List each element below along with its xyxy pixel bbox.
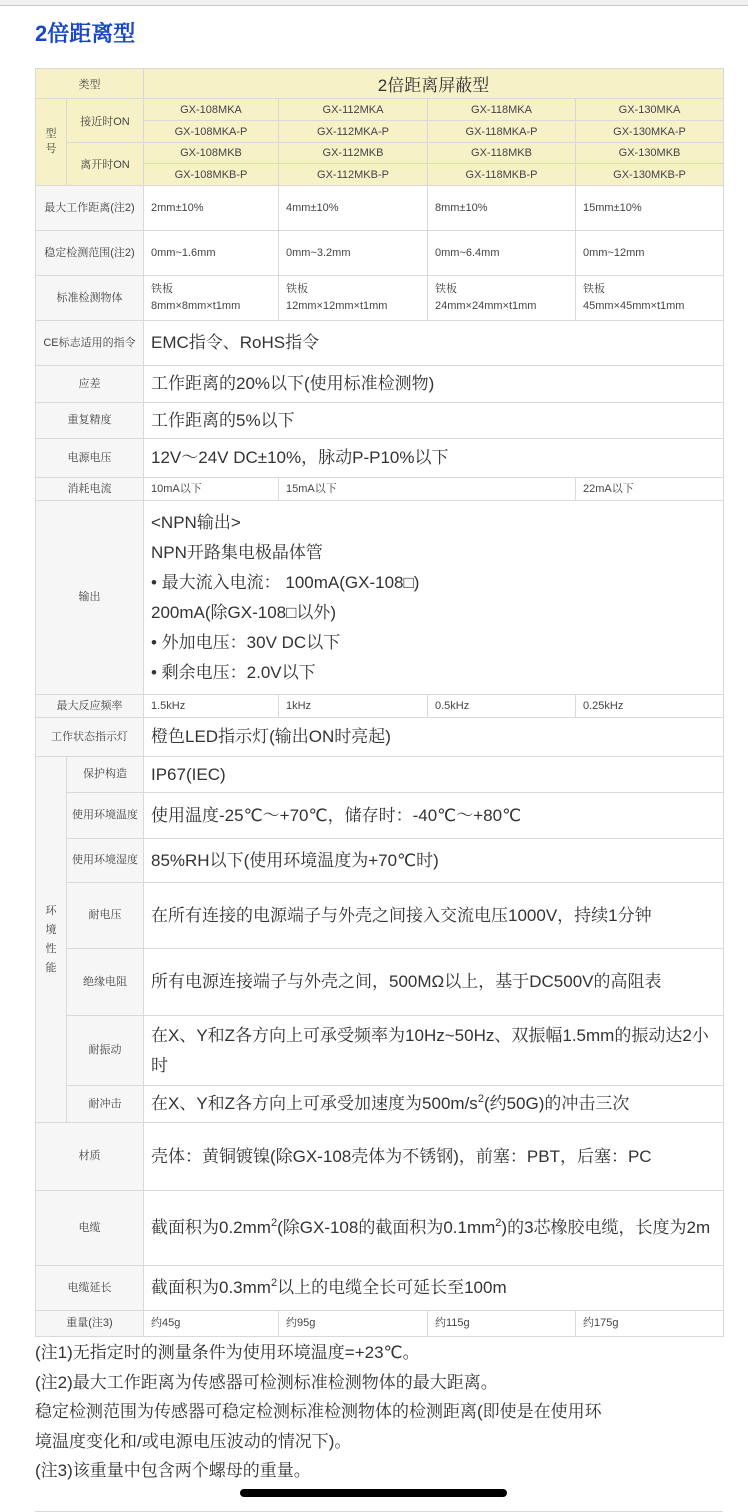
note-3: (注3)该重量中包含两个螺母的重量。 — [35, 1456, 725, 1486]
value-cell: 使用温度-25℃～+70℃，储存时：-40℃～+80℃ — [144, 793, 724, 839]
table-row-supply-voltage: 电源电压 12V～24V DC±10%，脉动P-P10%以下 — [36, 439, 724, 478]
model-cell: GX-112MKA-P — [279, 121, 428, 143]
row-label: 消耗电流 — [36, 478, 144, 501]
value-cell: 约45g — [144, 1311, 279, 1337]
value-cell: 在所有连接的电源端子与外壳之间接入交流电压1000V，持续1分钟 — [144, 883, 724, 949]
value-cell: 约95g — [279, 1311, 428, 1337]
model-cell: GX-108MKA — [144, 99, 279, 121]
table-row-cable-ext: 电缆延长 截面积为0.3mm2以上的电缆全长可延长至100m — [36, 1266, 724, 1311]
table-row-weight: 重量(注3) 约45g 约95g 约115g 约175g — [36, 1311, 724, 1337]
value-cell: 在X、Y和Z各方向上可承受频率为10Hz~50Hz、双振幅1.5mm的振动达2小… — [144, 1016, 724, 1086]
env-group-label: 环境性能 — [36, 757, 67, 1123]
value-cell: 1kHz — [279, 695, 428, 718]
value-cell: 壳体：黄铜镀镍(除GX-108壳体为不锈钢)，前塞：PBT，后塞：PC — [144, 1123, 724, 1191]
value-cell: 0mm~6.4mm — [428, 231, 576, 276]
browser-top-bar — [0, 0, 748, 6]
model-cell: GX-130MKA — [576, 99, 724, 121]
table-row-max-distance: 最大工作距离(注2) 2mm±10% 4mm±10% 8mm±10% 15mm±… — [36, 186, 724, 231]
table-row-protection: 环境性能 保护构造 IP67(IEC) — [36, 757, 724, 793]
value-cell: 0mm~3.2mm — [279, 231, 428, 276]
value-cell: 0.25kHz — [576, 695, 724, 718]
value-cell: 0.5kHz — [428, 695, 576, 718]
type-value: 2倍距离屏蔽型 — [144, 69, 724, 99]
value-cell: 22mA以下 — [576, 478, 724, 501]
table-row-vibration: 耐振动 在X、Y和Z各方向上可承受频率为10Hz~50Hz、双振幅1.5mm的振… — [36, 1016, 724, 1086]
model-cell: GX-108MKB-P — [144, 164, 279, 186]
table-row-humidity: 使用环境湿度 85%RH以下(使用环境温度为+70℃时) — [36, 839, 724, 883]
row-label: 重复精度 — [36, 403, 144, 439]
row-label: 使用环境温度 — [67, 793, 144, 839]
row-label: 稳定检测范围(注2) — [36, 231, 144, 276]
table-row-type: 类型 2倍距离屏蔽型 — [36, 69, 724, 99]
home-indicator[interactable] — [240, 1489, 507, 1497]
row-label: 耐冲击 — [67, 1086, 144, 1123]
value-cell: EMC指令、RoHS指令 — [144, 321, 724, 366]
model-cell: GX-118MKA — [428, 99, 576, 121]
value-cell: 12V～24V DC±10%，脉动P-P10%以下 — [144, 439, 724, 478]
row-label: 绝缘电阻 — [67, 949, 144, 1016]
row-label: 使用环境湿度 — [67, 839, 144, 883]
note-2: (注2)最大工作距离为传感器可检测标准检测物体的最大距离。 — [35, 1368, 725, 1398]
row-label: 电缆 — [36, 1191, 144, 1266]
table-row-hysteresis: 应差 工作距离的20%以下(使用标准检测物) — [36, 366, 724, 403]
note-2-cont: 境温度变化和/或电源电压波动的情况下)。 — [35, 1427, 725, 1457]
table-row-cable: 电缆 截面积为0.2mm2(除GX-108的截面积为0.1mm2)的3芯橡胶电缆… — [36, 1191, 724, 1266]
value-cell: 8mm±10% — [428, 186, 576, 231]
table-row-voltage-withstand: 耐电压 在所有连接的电源端子与外壳之间接入交流电压1000V，持续1分钟 — [36, 883, 724, 949]
value-cell: 在X、Y和Z各方向上可承受加速度为500m/s2(约50G)的冲击三次 — [144, 1086, 724, 1123]
table-row-repeatability: 重复精度 工作距离的5%以下 — [36, 403, 724, 439]
value-cell: 所有电源连接端子与外壳之间，500MΩ以上，基于DC500V的高阻表 — [144, 949, 724, 1016]
value-cell: 工作距离的5%以下 — [144, 403, 724, 439]
value-cell: 铁板45mm×45mm×t1mm — [576, 276, 724, 321]
row-label: 材质 — [36, 1123, 144, 1191]
table-row-indicator: 工作状态指示灯 橙色LED指示灯(输出ON时亮起) — [36, 718, 724, 757]
model-cell: GX-130MKB-P — [576, 164, 724, 186]
model-group-label: 型号 — [36, 99, 67, 186]
value-cell: 铁板12mm×12mm×t1mm — [279, 276, 428, 321]
value-cell: 0mm~1.6mm — [144, 231, 279, 276]
value-cell: 15mA以下 — [279, 478, 576, 501]
type-label: 类型 — [36, 69, 144, 99]
value-cell: 截面积为0.2mm2(除GX-108的截面积为0.1mm2)的3芯橡胶电缆，长度… — [144, 1191, 724, 1266]
row-label: 重量(注3) — [36, 1311, 144, 1337]
row-label: CE标志适用的指令 — [36, 321, 144, 366]
value-cell: 2mm±10% — [144, 186, 279, 231]
value-cell: 4mm±10% — [279, 186, 428, 231]
value-cell: 1.5kHz — [144, 695, 279, 718]
leave-on-label: 离开时ON — [67, 143, 144, 186]
row-label: 工作状态指示灯 — [36, 718, 144, 757]
table-row-current: 消耗电流 10mA以下 15mA以下 22mA以下 — [36, 478, 724, 501]
value-cell: 铁板8mm×8mm×t1mm — [144, 276, 279, 321]
value-cell: 截面积为0.3mm2以上的电缆全长可延长至100m — [144, 1266, 724, 1311]
spec-table: 类型 2倍距离屏蔽型 型号 接近时ON GX-108MKA GX-112MKA … — [35, 68, 724, 1337]
value-cell: 工作距离的20%以下(使用标准检测物) — [144, 366, 724, 403]
model-cell: GX-112MKA — [279, 99, 428, 121]
page-title: 2倍距离型 — [35, 17, 135, 48]
table-row-shock: 耐冲击 在X、Y和Z各方向上可承受加速度为500m/s2(约50G)的冲击三次 — [36, 1086, 724, 1123]
model-cell: GX-112MKB — [279, 143, 428, 164]
model-cell: GX-130MKA-P — [576, 121, 724, 143]
model-cell: GX-118MKB — [428, 143, 576, 164]
table-row-std-object: 标准检测物体 铁板8mm×8mm×t1mm 铁板12mm×12mm×t1mm 铁… — [36, 276, 724, 321]
table-row-stable-range: 稳定检测范围(注2) 0mm~1.6mm 0mm~3.2mm 0mm~6.4mm… — [36, 231, 724, 276]
row-label: 输出 — [36, 501, 144, 695]
footnotes: (注1)无指定时的测量条件为使用环境温度=+23℃。 (注2)最大工作距离为传感… — [35, 1338, 725, 1486]
value-cell: 15mm±10% — [576, 186, 724, 231]
value-cell: 10mA以下 — [144, 478, 279, 501]
note-1: (注1)无指定时的测量条件为使用环境温度=+23℃。 — [35, 1338, 725, 1368]
row-label: 耐电压 — [67, 883, 144, 949]
model-cell: GX-108MKB — [144, 143, 279, 164]
value-cell: IP67(IEC) — [144, 757, 724, 793]
value-cell: <NPN输出> NPN开路集电极晶体管 • 最大流入电流： 100mA(GX-1… — [144, 501, 724, 695]
table-row-material: 材质 壳体：黄铜镀镍(除GX-108壳体为不锈钢)，前塞：PBT，后塞：PC — [36, 1123, 724, 1191]
approach-on-label: 接近时ON — [67, 99, 144, 143]
row-label: 电源电压 — [36, 439, 144, 478]
note-2-cont: 稳定检测范围为传感器可稳定检测标准检测物体的检测距离(即使是在使用环 — [35, 1397, 725, 1427]
row-label: 保护构造 — [67, 757, 144, 793]
table-row-ce: CE标志适用的指令 EMC指令、RoHS指令 — [36, 321, 724, 366]
table-row-insulation: 绝缘电阻 所有电源连接端子与外壳之间，500MΩ以上，基于DC500V的高阻表 — [36, 949, 724, 1016]
row-label: 电缆延长 — [36, 1266, 144, 1311]
value-cell: 约115g — [428, 1311, 576, 1337]
table-row-max-freq: 最大反应频率 1.5kHz 1kHz 0.5kHz 0.25kHz — [36, 695, 724, 718]
model-cell: GX-118MKA-P — [428, 121, 576, 143]
table-row-temperature: 使用环境温度 使用温度-25℃～+70℃，储存时：-40℃～+80℃ — [36, 793, 724, 839]
value-cell: 橙色LED指示灯(输出ON时亮起) — [144, 718, 724, 757]
value-cell: 铁板24mm×24mm×t1mm — [428, 276, 576, 321]
value-cell: 0mm~12mm — [576, 231, 724, 276]
model-cell: GX-118MKB-P — [428, 164, 576, 186]
model-cell: GX-112MKB-P — [279, 164, 428, 186]
row-label: 耐振动 — [67, 1016, 144, 1086]
table-row-model: 离开时ON GX-108MKB GX-112MKB GX-118MKB GX-1… — [36, 143, 724, 164]
row-label: 应差 — [36, 366, 144, 403]
row-label: 最大反应频率 — [36, 695, 144, 718]
row-label: 最大工作距离(注2) — [36, 186, 144, 231]
value-cell: 85%RH以下(使用环境温度为+70℃时) — [144, 839, 724, 883]
model-cell: GX-108MKA-P — [144, 121, 279, 143]
table-row-output: 输出 <NPN输出> NPN开路集电极晶体管 • 最大流入电流： 100mA(G… — [36, 501, 724, 695]
model-cell: GX-130MKB — [576, 143, 724, 164]
table-row-model: 型号 接近时ON GX-108MKA GX-112MKA GX-118MKA G… — [36, 99, 724, 121]
value-cell: 约175g — [576, 1311, 724, 1337]
row-label: 标准检测物体 — [36, 276, 144, 321]
